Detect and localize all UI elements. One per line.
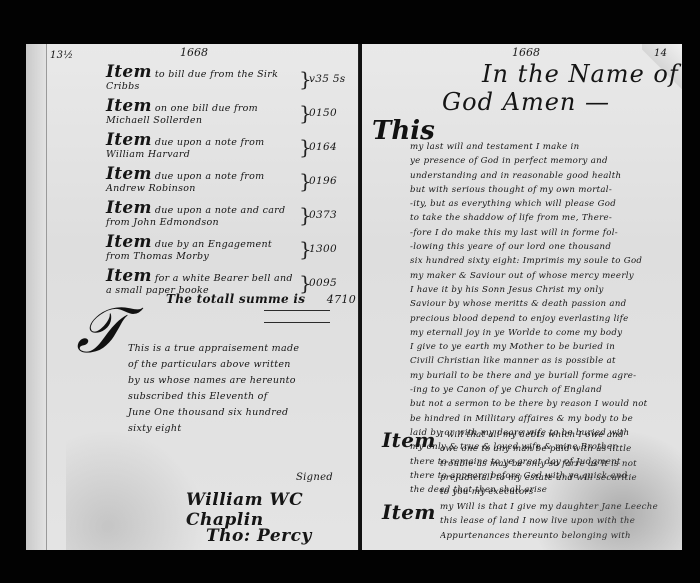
- will-line: I have it by his Sonn Jesus Christ my on…: [410, 283, 672, 297]
- item-amount: v35 5s: [309, 73, 351, 85]
- inventory-item: Itemto bill due from the Sirk Cribbs } v…: [106, 62, 351, 96]
- item-lead: Item: [106, 96, 152, 116]
- paragraph-line: This is a true appraisement made: [128, 341, 353, 357]
- item-amount: 0373: [309, 209, 351, 221]
- will-line: but not a sermon to be there by reason I…: [410, 397, 672, 411]
- will-line: Civill Christian like manner as is possi…: [410, 354, 672, 368]
- will-line: -fore I do make this my last will in for…: [410, 226, 672, 240]
- will-line: but with serious thought of my own morta…: [410, 183, 672, 197]
- item-amount: 1300: [309, 243, 351, 255]
- will-line: Saviour by whose meritts & death passion…: [410, 297, 672, 311]
- will-line: understanding and in reasonable good hea…: [410, 169, 672, 183]
- will-line: my maker & Saviour out of whose mercy me…: [410, 269, 672, 283]
- will-line: I give to ye earth my Mother to be burie…: [410, 340, 672, 354]
- left-page-year: 1668: [180, 46, 208, 59]
- right-page: 1668 14 In the Name of God Amen — This m…: [362, 44, 682, 550]
- item-lead: Item: [106, 232, 152, 252]
- will-line: my last will and testament I make in: [410, 140, 672, 154]
- inventory-item: Itemdue upon a note from Andrew Robinson…: [106, 164, 351, 198]
- clause-line: to you my executors: [440, 485, 674, 499]
- will-line: to take the shaddow of life from me, The…: [410, 211, 672, 225]
- item-amount: 0196: [309, 175, 351, 187]
- brace-icon: }: [299, 67, 309, 91]
- decorative-flourish-initial: 𝒯: [76, 294, 125, 368]
- paragraph-line: June One thousand six hundred: [128, 405, 353, 421]
- inventory-item: Itemdue upon a note from William Harvard…: [106, 130, 351, 164]
- item-lead: Item: [106, 62, 152, 82]
- brace-icon: }: [299, 135, 309, 159]
- sum-rule-top: [264, 310, 330, 311]
- paragraph-line: subscribed this Eleventh of: [128, 389, 353, 405]
- item-lead: Item: [106, 164, 152, 184]
- inventory-total: The totall summe is 4710: [166, 292, 356, 306]
- sum-rule-bottom: [264, 322, 330, 323]
- will-item-clause: Item I will that all my debts which I ow…: [382, 428, 674, 499]
- will-line: -ity, but as everything which will pleas…: [410, 197, 672, 211]
- paragraph-line: by us whose names are hereunto: [128, 373, 353, 389]
- will-line: my buriall to be there and ye buriall fo…: [410, 369, 672, 383]
- clause-line: this lease of land I now live upon with …: [440, 514, 674, 528]
- will-item-clause: Item my Will is that I give my daughter …: [382, 500, 674, 543]
- item-amount: 0095: [309, 277, 351, 289]
- clause-line: I will that all my debts which I owe and: [440, 428, 674, 442]
- item-lead: Item: [106, 198, 152, 218]
- brace-icon: }: [299, 203, 309, 227]
- brace-icon: }: [299, 101, 309, 125]
- will-heading-line-1: In the Name of: [482, 60, 679, 88]
- item-lead: Item: [106, 130, 152, 150]
- left-page: 13½ 1668 Itemto bill due from the Sirk C…: [26, 44, 360, 550]
- total-label: The totall summe is: [166, 292, 327, 306]
- left-folio-number: 13½: [50, 50, 73, 61]
- paragraph-line: sixty eight: [128, 421, 353, 437]
- total-value: 4710: [327, 293, 356, 306]
- clause-line: Appurtenances thereunto belonging with: [440, 529, 674, 543]
- will-line: six hundred sixty eight: Imprimis my sou…: [410, 254, 672, 268]
- will-line: be hindred in Millitary affaires & my bo…: [410, 412, 672, 426]
- inventory-items-list: Itemto bill due from the Sirk Cribbs } v…: [106, 62, 351, 300]
- signed-label: Signed: [296, 472, 333, 483]
- item-amount: 0164: [309, 141, 351, 153]
- will-line: -lowing this yeare of our lord one thous…: [410, 240, 672, 254]
- right-page-year: 1668: [512, 46, 540, 59]
- will-line: precious blood depend to enjoy everlasti…: [410, 312, 672, 326]
- item-lead: Item: [106, 266, 152, 286]
- will-line: -ing to ye Canon of ye Church of England: [410, 383, 672, 397]
- brace-icon: }: [299, 169, 309, 193]
- brace-icon: }: [299, 237, 309, 261]
- will-line: my eternall joy in ye Worlde to come my …: [410, 326, 672, 340]
- right-folio-number: 14: [654, 48, 667, 59]
- clause-line: owe one to any man be paid with as littl…: [440, 442, 674, 456]
- clause-line: my Will is that I give my daughter Jane …: [440, 500, 674, 514]
- inventory-item: Itemdue upon a note and card from John E…: [106, 198, 351, 232]
- paragraph-line: of the particulars above written: [128, 357, 353, 373]
- clause-line: trouble as may be only so farre as it is…: [440, 457, 674, 471]
- signature-percy: Tho: Percy: [206, 526, 312, 546]
- will-line: ye presence of God in perfect memory and: [410, 154, 672, 168]
- will-heading-line-2: God Amen —: [442, 88, 610, 116]
- signature-chaplin: William WC Chaplin: [186, 490, 358, 530]
- appraisal-paragraph: This is a true appraisement made of the …: [128, 341, 353, 437]
- inventory-item: Itemdue by an Engagement from Thomas Mor…: [106, 232, 351, 266]
- clause-line: prejudiciall to my estate and will secur…: [440, 471, 674, 485]
- item-amount: 0150: [309, 107, 351, 119]
- item-clause-lead: Item: [382, 500, 436, 524]
- inventory-item: Itemon one bill due from Michaell Soller…: [106, 96, 351, 130]
- item-clause-lead: Item: [382, 428, 436, 452]
